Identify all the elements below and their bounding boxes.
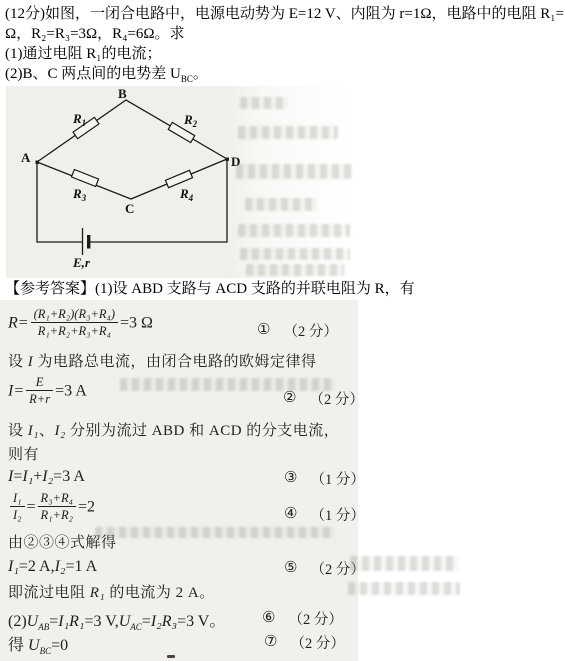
answer-eq-current-sum: I=I₁+I₂=3 A ③（1 分） xyxy=(8,468,358,486)
answer-text-total-current: 设 I 为电路总电流，由闭合电路的欧姆定律得 xyxy=(8,353,358,372)
eq1-rhs: =3 Ω xyxy=(120,315,153,332)
scan-bleed-artifact xyxy=(348,582,460,595)
resistor-label-r1: R1 xyxy=(72,111,86,128)
answer-eq-current-ratio: I₁I₂=R₃+R₄R₁+R₂=2 ④（1 分） xyxy=(8,492,358,524)
scan-speck xyxy=(167,655,175,658)
problem-line-3: (1)通过电阻 R₁的电流； xyxy=(5,44,565,64)
answer-eq-potentials: (2)UAB=I₁R₁=3 V,UAC=I₂R₃=3 V。 ⑥（2 分） xyxy=(8,608,358,632)
eq1-lhs: R= xyxy=(8,315,29,332)
node-dot-a xyxy=(36,161,39,164)
scan-bleed-artifact xyxy=(240,97,288,109)
reference-answer-scan: R=(R₁+R₂)(R₃+R₄)R₁+R₂+R₃+R₄=3 Ω ①（2 分） 设… xyxy=(0,300,358,661)
eq4-fraction-left: I₁I₂ xyxy=(10,491,25,523)
eq4-equals: = xyxy=(27,499,36,516)
fraction-numerator: E xyxy=(26,375,53,391)
node-dot-d xyxy=(226,158,229,161)
node-label-c: C xyxy=(125,201,134,216)
wire-abd xyxy=(37,100,227,162)
fraction-denominator: R₁+R₂ xyxy=(38,507,76,522)
eq3-body: I=I₁+I₂=3 A xyxy=(8,468,85,485)
scan-bleed-artifact xyxy=(245,198,317,211)
battery-label: E,r xyxy=(72,255,91,270)
eq6-annotation: ⑥（2 分） xyxy=(262,608,343,629)
fraction-numerator: (R₁+R₂)(R₃+R₄) xyxy=(31,307,118,323)
eq2-fraction: ER+r xyxy=(26,375,53,407)
eq-number-badge: ③ xyxy=(284,468,297,489)
scan-bleed-artifact xyxy=(240,248,350,260)
eq-number-badge: ② xyxy=(283,388,296,409)
eq3-annotation: ③（1 分） xyxy=(284,468,365,489)
eq4-fraction-right: R₃+R₄R₁+R₂ xyxy=(38,491,76,523)
wire-acd xyxy=(37,159,227,199)
resistor-r3 xyxy=(71,170,98,187)
eq2-annotation: ②（2 分） xyxy=(283,388,364,409)
eq-score: （2 分） xyxy=(290,632,344,653)
scan-bleed-artifact xyxy=(350,556,458,571)
answer-eq-parallel-resistance: R=(R₁+R₂)(R₃+R₄)R₁+R₂+R₃+R₄=3 Ω ①（2 分） xyxy=(8,308,358,340)
eq-score: （1 分） xyxy=(310,468,364,489)
eq-number-badge: ⑥ xyxy=(262,608,275,629)
eq-number-badge: ① xyxy=(257,320,270,341)
eq-number-badge: ④ xyxy=(284,504,297,525)
scan-bleed-artifact xyxy=(238,126,338,139)
eq6-body: (2)UAB=I₁R₁=3 V,UAC=I₂R₃=3 V。 xyxy=(8,613,225,630)
eq4-annotation: ④（1 分） xyxy=(284,504,365,525)
eq7-annotation: ⑦（2 分） xyxy=(264,632,345,653)
fraction-denominator: R+r xyxy=(26,391,53,406)
eq1-fraction: (R₁+R₂)(R₃+R₄)R₁+R₂+R₃+R₄ xyxy=(31,307,118,339)
scan-bleed-artifact xyxy=(95,527,335,538)
problem-line-4: (2)B、C 两点间的电势差 UBC。 xyxy=(5,64,565,84)
eq-score: （2 分） xyxy=(309,388,363,409)
answer-text-branch-currents: 设 I₁、I₂ 分别为流过 ABD 和 ACD 的分支电流， xyxy=(8,422,358,441)
problem-statement: (12分)如图，一闭合电路中，电源电动势为 E=12 V、内阻为 r=1Ω，电路… xyxy=(5,4,565,84)
eq2-lhs: I= xyxy=(8,383,24,400)
eq1-annotation: ①（2 分） xyxy=(257,320,338,341)
fraction-numerator: I₁ xyxy=(10,491,25,507)
answer-eq-ubc: 得 UBC=0 ⑦（2 分） xyxy=(8,632,358,656)
node-label-b: B xyxy=(118,86,127,101)
node-label-a: A xyxy=(21,150,31,165)
eq-number-badge: ⑦ xyxy=(264,632,277,653)
scan-bleed-artifact xyxy=(238,224,350,237)
eq4-rhs: =2 xyxy=(78,499,95,516)
wire-bottom-right xyxy=(90,159,227,242)
eq2-rhs: =3 A xyxy=(55,383,87,400)
eq-number-badge: ⑤ xyxy=(284,558,297,579)
physics-problem-page: (12分)如图，一闭合电路中，电源电动势为 E=12 V、内阻为 r=1Ω，电路… xyxy=(0,0,565,661)
resistor-label-r3: R3 xyxy=(72,186,87,203)
fraction-denominator: I₂ xyxy=(10,507,25,522)
scan-bleed-artifact xyxy=(236,164,352,179)
circuit-diagram-scan: B A D C R1 R2 R3 R4 E,r xyxy=(6,86,352,278)
scan-bleed-artifact xyxy=(246,264,344,276)
fraction-numerator: R₃+R₄ xyxy=(38,491,76,507)
eq-score: （2 分） xyxy=(288,608,342,629)
answer-text-then: 则有 xyxy=(8,446,358,465)
eq7-body: 得 UBC=0 xyxy=(8,637,68,654)
reference-answer-header: 【参考答案】(1)设 ABD 支路与 ACD 支路的并联电阻为 R，有 xyxy=(5,277,415,298)
eq5-body: I₁=2 A,I₂=1 A xyxy=(8,558,97,575)
answer-text-conclusion-1: 即流过电阻 R₁ 的电流为 2 A。 xyxy=(8,584,358,603)
battery-short-plate xyxy=(87,235,90,249)
resistor-label-r2: R2 xyxy=(183,112,198,129)
answer-eq-current-values: I₁=2 A,I₂=1 A ⑤（2 分） xyxy=(8,558,358,576)
scan-bleed-artifact xyxy=(120,378,335,391)
fraction-denominator: R₁+R₂+R₃+R₄ xyxy=(31,323,118,338)
problem-line-1: (12分)如图，一闭合电路中，电源电动势为 E=12 V、内阻为 r=1Ω，电路… xyxy=(5,4,565,24)
eq-score: （2 分） xyxy=(283,320,337,341)
resistor-label-r4: R4 xyxy=(179,186,194,203)
eq-score: （1 分） xyxy=(310,504,364,525)
problem-line-2: Ω，R₂=R₃=3Ω，R₄=6Ω。求 xyxy=(5,24,565,44)
